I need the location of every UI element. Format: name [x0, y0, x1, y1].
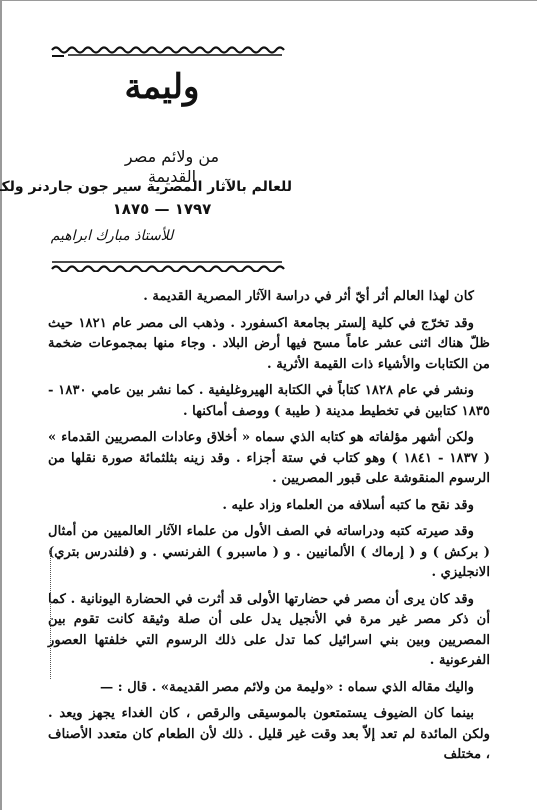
paragraph: وقد تخرّج في كلية إلستر بجامعة اكسفورد .…: [48, 314, 490, 376]
paragraph: ونشر في عام ١٨٢٨ كتاباً في الكتابة الهير…: [48, 381, 490, 422]
scholar-name-line: للعالم بالآثار المصرية سير جون جاردنر ول…: [42, 178, 292, 196]
paragraph: بينما كان الضيوف يستمتعون بالموسيقى والر…: [48, 704, 490, 766]
paragraph: كان لهذا العالم أثر أيّ أثر في دراسة الآ…: [48, 287, 490, 308]
paragraph: وقد نقح ما كتبه أسلافه من العلماء وزاد ع…: [48, 496, 490, 517]
wavy-ornament-icon: [50, 260, 286, 272]
scan-margin-artifact: [50, 549, 53, 679]
wavy-ornament-icon: [50, 45, 286, 57]
paragraph: وقد كان يرى أن مصر في حضارتها الأولى قد …: [48, 590, 490, 672]
article-body: كان لهذا العالم أثر أيّ أثر في دراسة الآ…: [48, 287, 490, 772]
top-ornament-rule: [50, 45, 286, 57]
bottom-ornament-rule: [50, 260, 286, 272]
article-title: وليمة: [112, 67, 212, 107]
article-author: للأستاذ مبارك ابراهيم: [47, 226, 177, 246]
paragraph: واليك مقاله الذي سماه : «وليمة من ولائم …: [48, 678, 490, 699]
paragraph: وقد صيرته كتبه ودراساته في الصف الأول من…: [48, 522, 490, 584]
paragraph: ولكن أشهر مؤلفاته هو كتابه الذي سماه « أ…: [48, 428, 490, 490]
scanned-page: وليمة من ولائم مصر القديمة للعالم بالآثا…: [0, 0, 537, 810]
scholar-years: ١٧٩٧ — ١٨٧٥: [112, 199, 212, 219]
